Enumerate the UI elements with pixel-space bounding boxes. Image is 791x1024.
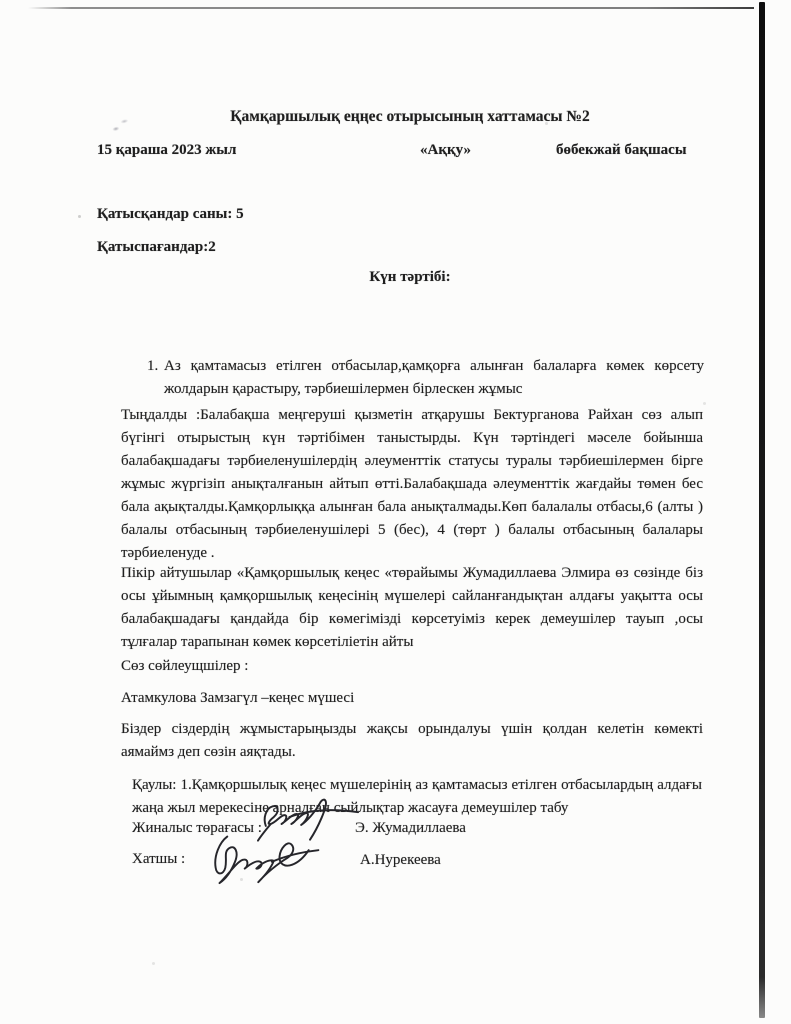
scan-speck bbox=[152, 962, 155, 965]
organization-name: «Аққу» bbox=[420, 139, 471, 162]
agenda-item-text: Аз қамтамасыз етілген отбасылар,қамқорға… bbox=[164, 355, 704, 401]
agenda-item-number: 1. bbox=[147, 355, 158, 378]
scan-speck bbox=[703, 402, 706, 405]
attendees-count: Қатысқандар саны: 5 bbox=[97, 203, 244, 226]
scan-edge-bar bbox=[759, 2, 765, 1018]
absentees-count: Қатыспағандар:2 bbox=[97, 236, 216, 259]
paragraph-resolution: Қаулы: 1.Қамқоршылық кеңес мүшелерінің а… bbox=[132, 774, 702, 820]
signature-name-chairman: Э. Жумадиллаева bbox=[355, 817, 466, 840]
scan-speck bbox=[78, 215, 81, 218]
organization-type: бөбекжай бақшасы bbox=[556, 139, 687, 162]
paragraph-speech: Біздер сіздердің жұмыстарыңызды жақсы ор… bbox=[121, 718, 703, 764]
paragraph-heard: Тыңдалды :Балабақша меңгеруші қызметін а… bbox=[121, 404, 703, 565]
speaker-name: Атамкулова Замзагүл –кеңес мүшесі bbox=[121, 687, 354, 710]
secretary-signature-scribble bbox=[204, 823, 330, 887]
document-date: 15 қараша 2023 жыл bbox=[97, 139, 236, 162]
agenda-heading: Күн тәртібі: bbox=[60, 266, 760, 289]
document-title: Қамқаршылық еңңес отырысының хаттамасы №… bbox=[60, 105, 760, 128]
speakers-heading: Сөз сөйлеущшілер : bbox=[121, 655, 248, 678]
paragraph-opinions: Пікір айтушылар «Қамқоршылық кеңес «төра… bbox=[121, 562, 703, 654]
scanned-document-page: Қамқаршылық еңңес отырысының хаттамасы №… bbox=[0, 0, 791, 1024]
signature-role-secretary: Хатшы : bbox=[132, 848, 185, 871]
signature-name-secretary: А.Нурекеева bbox=[360, 849, 441, 872]
scan-edge-line bbox=[28, 7, 754, 9]
